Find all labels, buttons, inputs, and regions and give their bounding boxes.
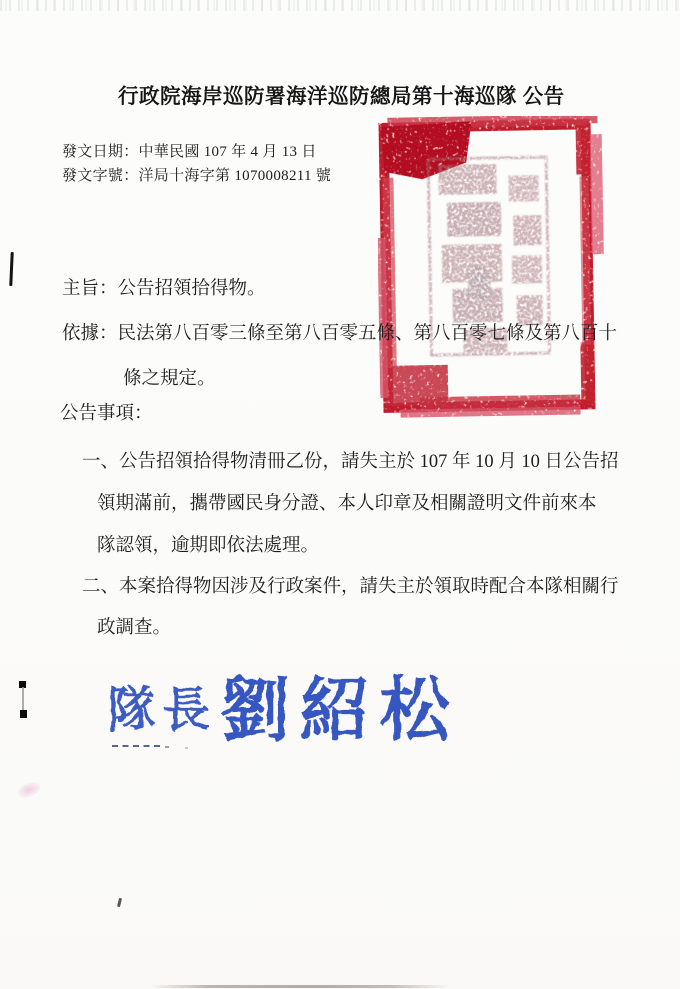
scan-artifact-bottom-edge [150,985,450,988]
announcement-items-header: 公告事項： [60,405,153,424]
legal-basis-line-2: 條之規定。 [123,370,216,389]
scan-artifact-tick [117,898,122,907]
scan-artifact-pink-smudge [15,779,42,800]
item-2-line-1: 二、本案拾得物因涉及行政案件，請失主於領取時配合本隊相關行 [82,578,619,597]
signature-rank-text: 隊長 [108,683,216,737]
legal-basis-line-1: 依據：民法第八百零三條至第八百零五條、第八百零七條及第八百十 [62,325,617,344]
scan-artifact-vertical-line [9,252,13,286]
item-2-line-2: 政調查。 [97,619,171,638]
issue-number-line: 發文字號：洋局十海字第 1070008211 號 [62,169,331,184]
item-1-line-3: 隊認領，逾期即依法處理。 [97,537,319,556]
document-title: 行政院海岸巡防署海洋巡防總局第十海巡隊 公告 [118,87,565,108]
signature-underline-mark [112,745,160,747]
official-seal-stamp [378,116,608,418]
official-seal-stamp-graphic [378,116,608,418]
issue-date-line: 發文日期：中華民國 107 年 4 月 13 日 [62,145,317,160]
signature-name-text: 劉紹松 [220,673,460,750]
signature-underline-dot-2 [185,747,188,749]
scan-noise-top [0,0,680,11]
signature-underline-dot [165,746,169,748]
item-1-line-2: 領期滿前，攜帶國民身分證、本人印章及相關證明文件前來本 [97,495,597,514]
scan-artifact-clip-line [22,687,24,711]
scanned-announcement-page: 行政院海岸巡防署海洋巡防總局第十海巡隊 公告 發文日期：中華民國 107 年 4… [0,0,680,989]
subject-line: 主旨：公告招領拾得物。 [62,280,266,299]
item-1-line-1: 一、公告招領拾得物清冊乙份，請失主於 107 年 10 月 10 日公告招 [82,453,619,472]
scan-artifact-clip-mark-bottom [20,710,27,718]
